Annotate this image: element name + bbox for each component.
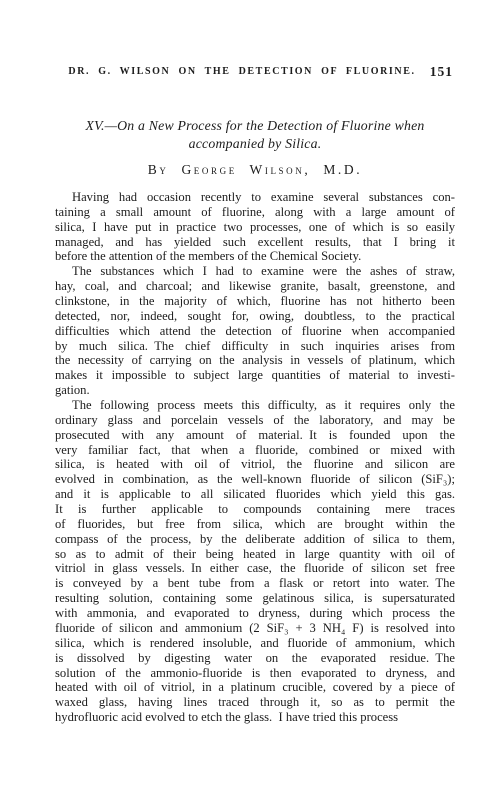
text-line: and it is applicable to all silicated fl… [55, 487, 455, 502]
text-line: evolved in combination, as the well-know… [55, 472, 455, 487]
text-line: The substances which I had to examine we… [55, 264, 455, 279]
text-line: very familiar fact, that when a fluoride… [55, 443, 455, 458]
text-line: is dissolved by digesting water on the e… [55, 651, 455, 666]
text-line: waxed glass, having lines traced through… [55, 695, 455, 710]
text-line: of fluorides, but free from silica, whic… [55, 517, 455, 532]
text-line: compass of the process, by the deliberat… [55, 532, 455, 547]
text-line: the necessity of carrying on the analysi… [55, 353, 455, 368]
text-line: solution of the ammonio-fluoride is then… [55, 666, 455, 681]
text-line: before the attention of the members of t… [55, 249, 455, 264]
text-line: Having had occasion recently to examine … [55, 190, 455, 205]
text-line: managed, and has yielded such excellent … [55, 235, 455, 250]
text-line: The following process meets this difficu… [55, 398, 455, 413]
text-line: taining a small amount of fluorine, alon… [55, 205, 455, 220]
text-line: heated with oil of vitriol, in a platinu… [55, 680, 455, 695]
text-line: gation. [55, 383, 455, 398]
text-line: ordinary glass and porcelain vessels of … [55, 413, 455, 428]
text-line: so as to admit of their being heated in … [55, 547, 455, 562]
title-line-2: accompanied by Silica. [55, 135, 455, 153]
text-line: silica, is heated with oil of vitriol, t… [55, 457, 455, 472]
text-line: is conveyed by a bent tube from a flask … [55, 576, 455, 591]
title-line-1: XV.—On a New Process for the Detection o… [55, 117, 455, 135]
byline: By George Wilson, M.D. [55, 162, 455, 178]
paragraph: The following process meets this difficu… [55, 398, 455, 725]
text-line: fluoride of silicon and ammonium (2 SiF₃… [55, 621, 455, 636]
running-head: DR. G. WILSON ON THE DETECTION OF FLUORI… [55, 66, 455, 77]
paragraph: Having had occasion recently to examine … [55, 190, 455, 264]
text-line: clinkstone, in the majority of which, fl… [55, 294, 455, 309]
article-body: Having had occasion recently to examine … [55, 190, 455, 725]
text-line: prosecuted with any amount of material. … [55, 428, 455, 443]
text-line: by much silica. The chief difficulty in … [55, 339, 455, 354]
page-number: 151 [430, 64, 453, 80]
paragraph: The substances which I had to examine we… [55, 264, 455, 398]
text-line: difficulties which attend the detection … [55, 324, 455, 339]
page-header: DR. G. WILSON ON THE DETECTION OF FLUORI… [55, 66, 455, 80]
journal-page: DR. G. WILSON ON THE DETECTION OF FLUORI… [0, 0, 500, 810]
text-line: hay, coal, and charcoal; and likewise gr… [55, 279, 455, 294]
page-content: DR. G. WILSON ON THE DETECTION OF FLUORI… [55, 0, 455, 725]
article-title: XV.—On a New Process for the Detection o… [55, 117, 455, 153]
text-line: It is further applicable to compounds co… [55, 502, 455, 517]
text-line: silica, which is rendered insoluble, and… [55, 636, 455, 651]
text-line: detected, nor, indeed, sought for, owing… [55, 309, 455, 324]
text-line: vitriol in glass vessels. In either case… [55, 561, 455, 576]
text-line: resulting solution, containing some gela… [55, 591, 455, 606]
text-line: makes it impossible to subject large qua… [55, 368, 455, 383]
text-line: silica, I have put in practice two proce… [55, 220, 455, 235]
text-line: hydrofluoric acid evolved to etch the gl… [55, 710, 455, 725]
text-line: with ammonia, and evaporated to dryness,… [55, 606, 455, 621]
